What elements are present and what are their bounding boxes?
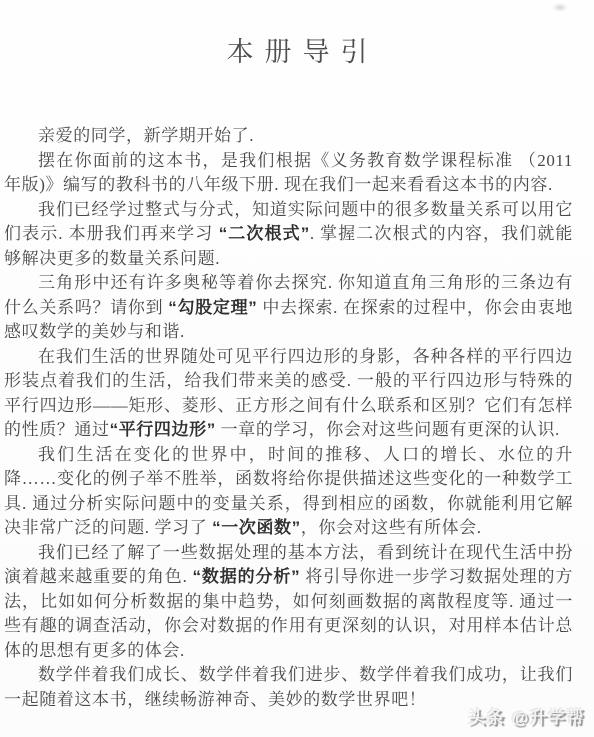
bold-chapter-term: “一次函数”	[212, 518, 301, 537]
page-title: 本册导引	[0, 30, 594, 69]
bold-chapter-term: “数据的分析”	[193, 567, 301, 586]
paragraph-text: 数学伴着我们成长、数学伴着我们进步、数学伴着我们成功，让我们一起随着这本书，继续…	[4, 665, 573, 709]
paragraph: 亲爱的同学，新学期开始了.	[4, 124, 573, 149]
paragraph: 我们已经了解了一些数据处理的基本方法，看到统计在现代生活中扮演着越来越重要的角色…	[4, 541, 573, 664]
bold-chapter-term: “平行四边形”	[110, 420, 216, 439]
scanned-textbook-page: 本册导引 亲爱的同学，新学期开始了.摆在你面前的这本书，是我们根据《义务教育数学…	[0, 0, 594, 737]
scan-smudge-mark	[552, 3, 568, 12]
bold-chapter-term: “勾股定理”	[168, 298, 257, 317]
watermark: 头条 @升学帮	[468, 703, 585, 728]
paragraph: 我们已经学过整式与分式，知道实际问题中的很多数量关系可以用它们表示. 本册我们再…	[4, 198, 573, 272]
paragraph-text: ，你会对这些有所体会.	[301, 518, 482, 537]
paragraph-text: 摆在你面前的这本书，是我们根据《义务教育数学课程标准 （2011 年版)》编写的…	[4, 151, 573, 195]
paragraph: 在我们生活的世界随处可见平行四边形的身影，各种各样的平行四边形装点着我们的生活，…	[4, 345, 573, 443]
paragraph: 摆在你面前的这本书，是我们根据《义务教育数学课程标准 （2011 年版)》编写的…	[4, 149, 573, 198]
paragraph: 三角形中还有许多奥秘等着你去探究. 你知道直角三角形的三条边有什么关系吗？请你到…	[4, 271, 573, 345]
paragraph-text: 一章的学习，你会对这些问题有更深的认识.	[216, 420, 560, 439]
document-body: 亲爱的同学，新学期开始了.摆在你面前的这本书，是我们根据《义务教育数学课程标准 …	[4, 124, 573, 712]
paragraph-text: 亲爱的同学，新学期开始了.	[38, 126, 254, 145]
paragraph: 我们生活在变化的世界中，时间的推移、人口的增长、水位的升降……变化的例子举不胜举…	[4, 443, 573, 541]
bold-chapter-term: “二次根式”	[219, 224, 310, 243]
